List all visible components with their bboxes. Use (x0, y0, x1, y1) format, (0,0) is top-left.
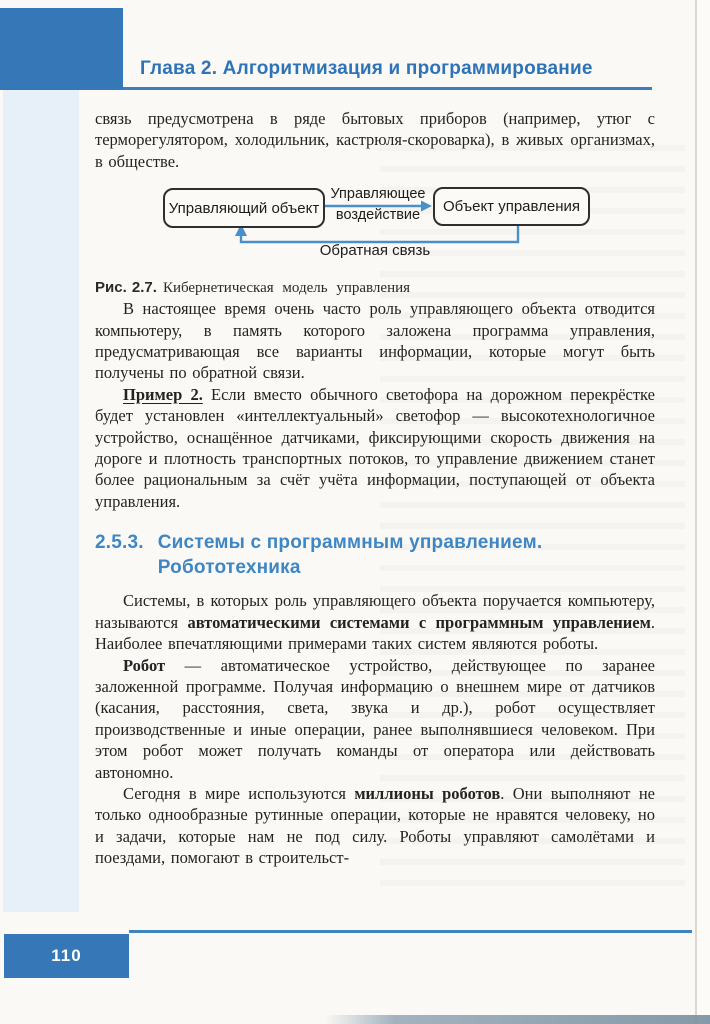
controlled-object-box: Объект управления (433, 187, 590, 226)
scan-bottom-edge (325, 1015, 710, 1024)
figure-cybernetic-model: Управляющий объект Объект управления Упр… (95, 185, 655, 263)
section-number: 2.5.3. (95, 530, 144, 580)
paragraph-intro: связь предусмотрена в ряде бытовых прибо… (95, 108, 655, 172)
scan-right-edge-line (695, 0, 697, 1024)
page-number-box: 110 (4, 934, 129, 978)
chapter-title: Глава 2. Алгоритмизация и программирован… (140, 58, 660, 80)
paragraph-present: В настоящее время очень часто роль управ… (95, 298, 655, 384)
paragraph-systems: Системы, в которых роль управляющего объ… (95, 590, 655, 654)
figure-caption-text: Кибернетическая модель управления (163, 280, 410, 296)
robot-text: — автоматическое устройство, действующее… (95, 656, 655, 782)
scan-right-margin (697, 0, 710, 1024)
page-number: 110 (51, 946, 81, 966)
book-page: Глава 2. Алгоритмизация и программирован… (0, 0, 710, 1024)
section-title-line2: Робототехника (158, 555, 543, 580)
section-title-line1: Системы с программным управлением. (158, 530, 543, 555)
section-heading: 2.5.3. Системы с программным управлением… (95, 530, 655, 580)
today-bold-term: миллионы роботов (354, 784, 500, 803)
page-body: связь предусмотрена в ряде бытовых прибо… (95, 108, 655, 869)
paragraph-robot: Робот — автоматическое устройство, дейст… (95, 655, 655, 783)
feedback-label: Обратная связь (305, 242, 445, 259)
section-title: Системы с программным управлением. Робот… (158, 530, 543, 580)
chapter-tab (0, 8, 123, 90)
paragraph-today: Сегодня в мире используются миллионы роб… (95, 783, 655, 869)
paragraph-example: Пример 2. Если вместо обычного светофора… (95, 384, 655, 512)
today-pre: Сегодня в мире используются (123, 784, 354, 803)
figure-caption-number: Рис. 2.7. (95, 279, 157, 296)
controller-box: Управляющий объект (163, 188, 325, 228)
control-action-label: Управляющее воздействие (319, 184, 437, 226)
example-lead: Пример 2. (123, 385, 203, 404)
footer-rule (129, 930, 692, 933)
robot-bold-term: Робот (123, 656, 165, 675)
left-margin-stripe (3, 88, 79, 912)
systems-bold-term: автоматическими системами с программным … (187, 613, 650, 632)
header-underline (123, 87, 652, 90)
figure-caption: Рис. 2.7.Кибернетическая модель управлен… (95, 278, 655, 298)
